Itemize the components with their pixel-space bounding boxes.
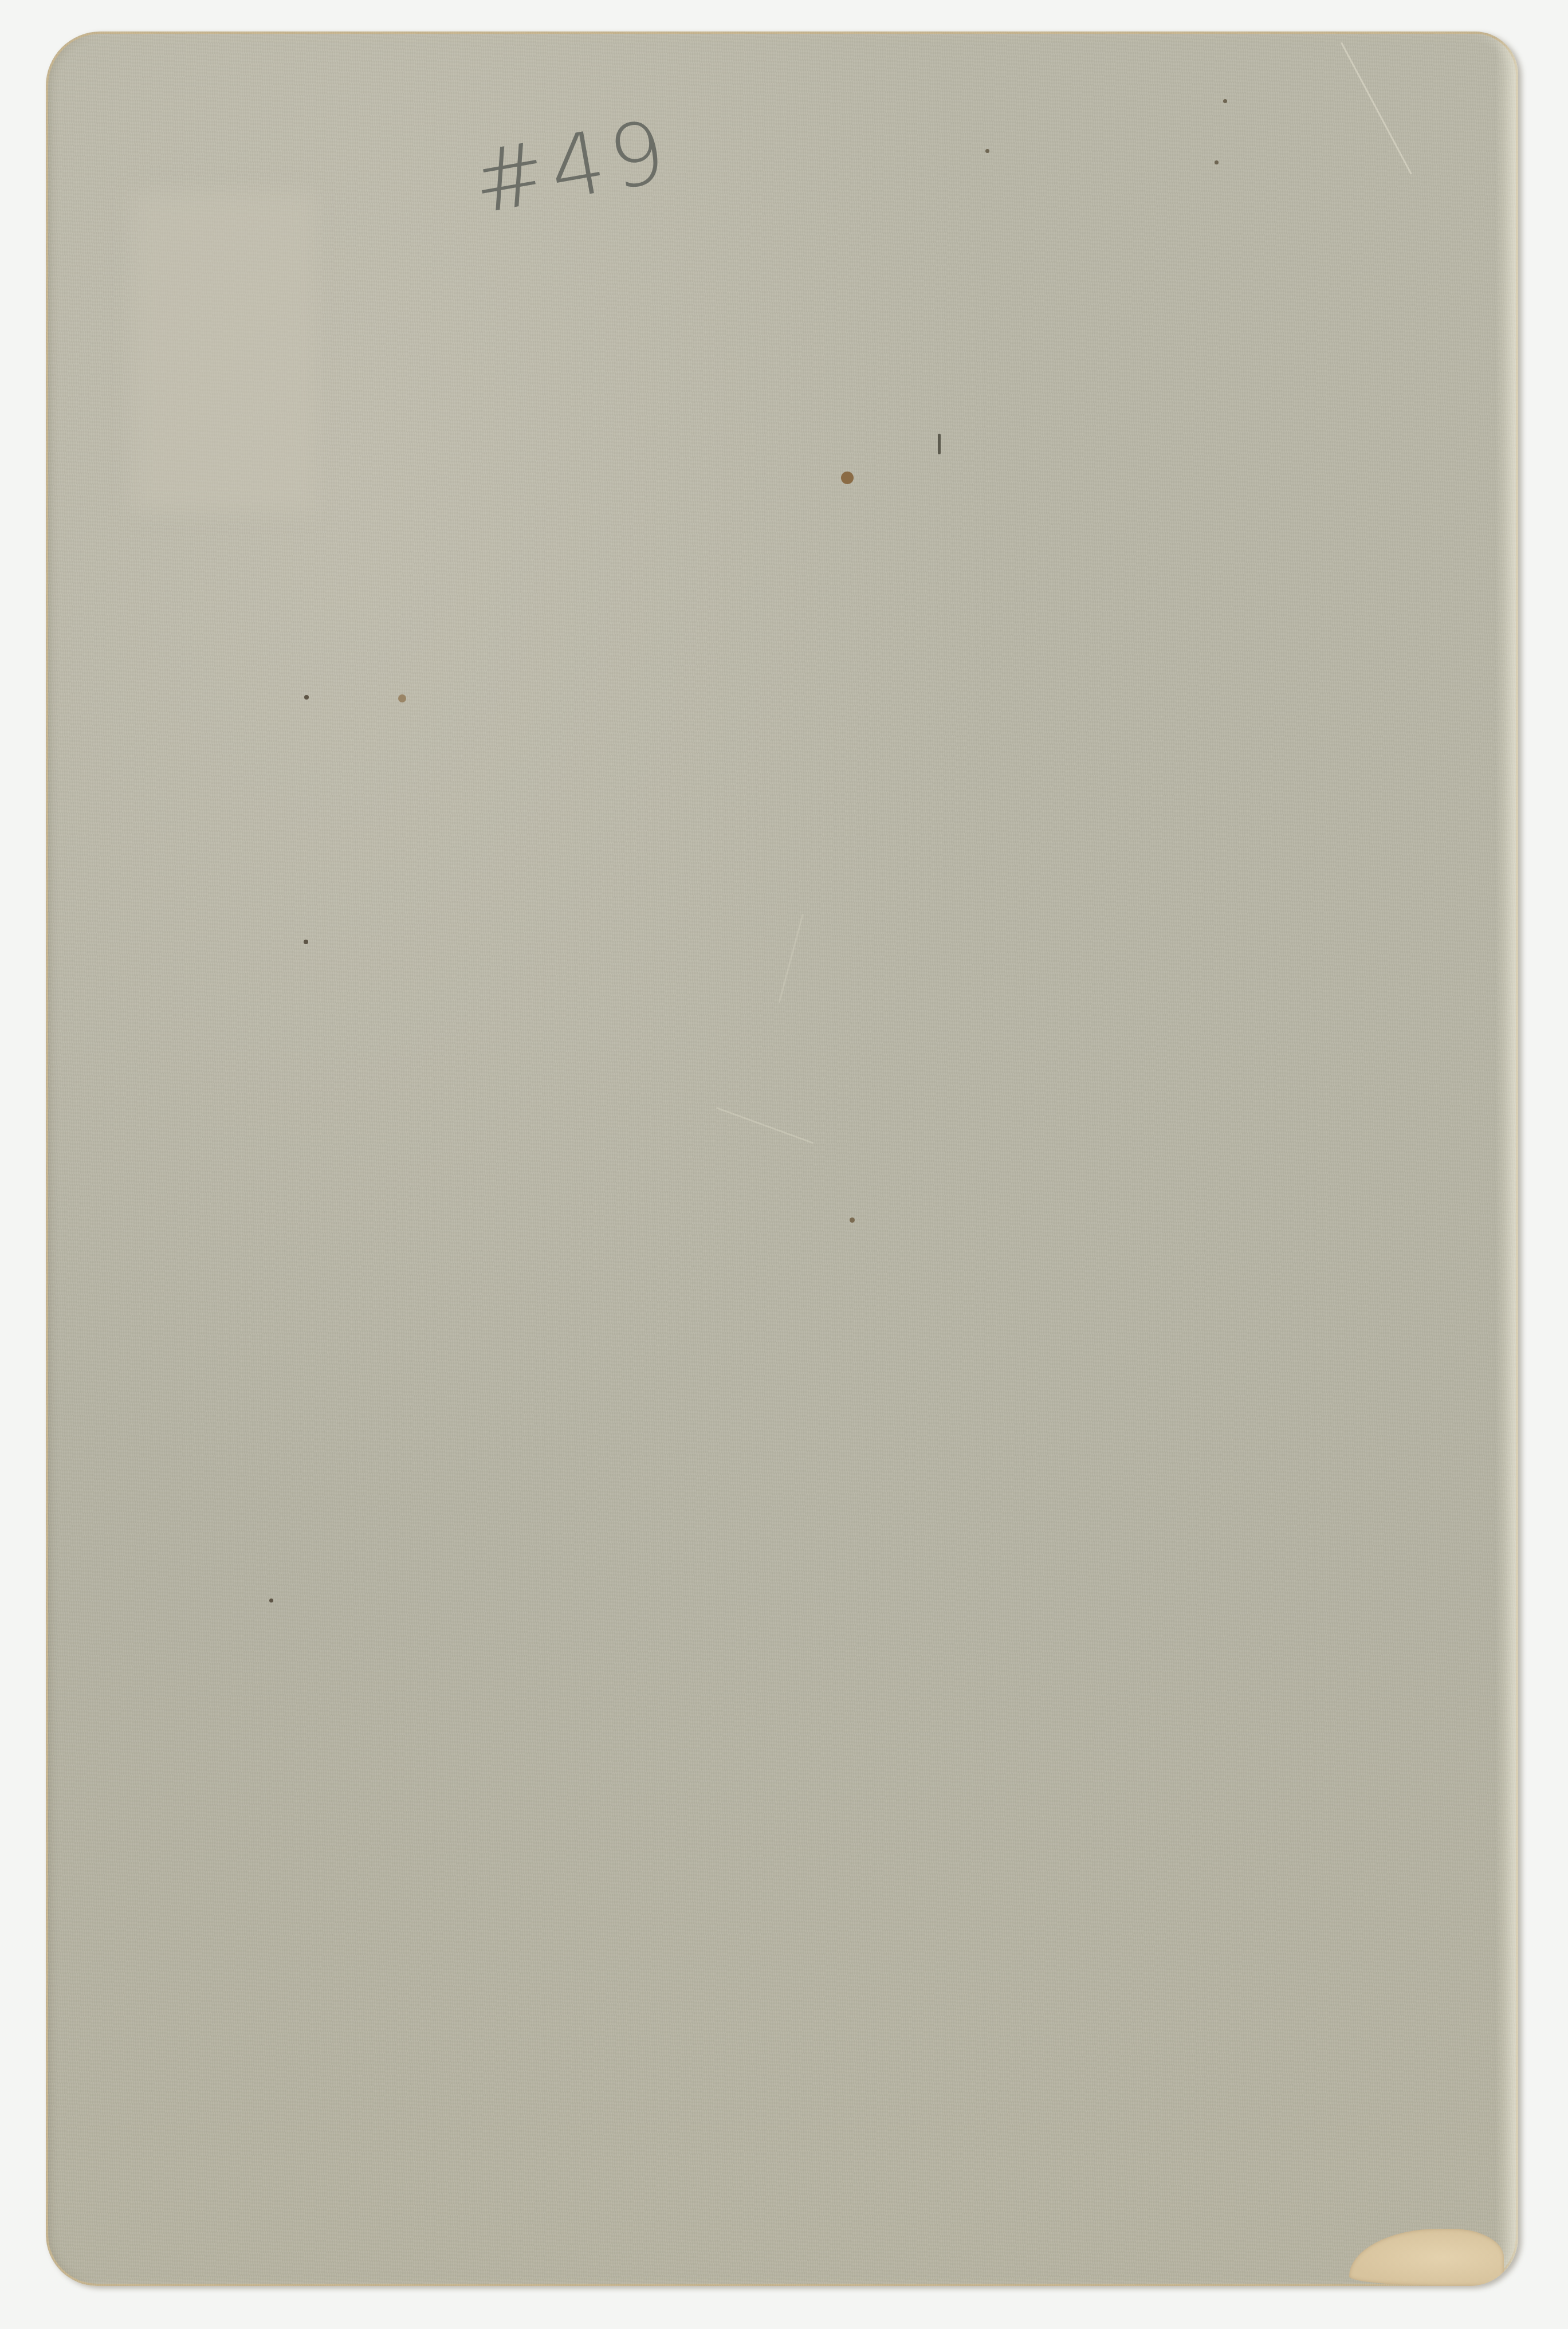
foxing-spot xyxy=(1223,99,1227,103)
crease-mark xyxy=(779,914,804,1003)
card-back: #49 xyxy=(46,32,1518,2286)
pencil-tick xyxy=(938,434,941,454)
foxing-spot xyxy=(841,472,854,484)
foxing-spot xyxy=(850,1217,855,1223)
foxing-spot xyxy=(304,695,309,700)
foxing-spot xyxy=(304,940,308,944)
torn-corner xyxy=(1349,2229,1504,2286)
foxing-spot xyxy=(985,149,989,153)
foxing-spot xyxy=(269,1599,273,1603)
catalog-number-annotation: #49 xyxy=(466,101,679,234)
foxing-spot xyxy=(398,694,406,702)
crease-mark xyxy=(1341,42,1412,175)
edge-wear xyxy=(1495,32,1518,2286)
faded-patch xyxy=(132,192,315,513)
crease-mark xyxy=(716,1107,814,1144)
foxing-spot xyxy=(1215,160,1219,164)
